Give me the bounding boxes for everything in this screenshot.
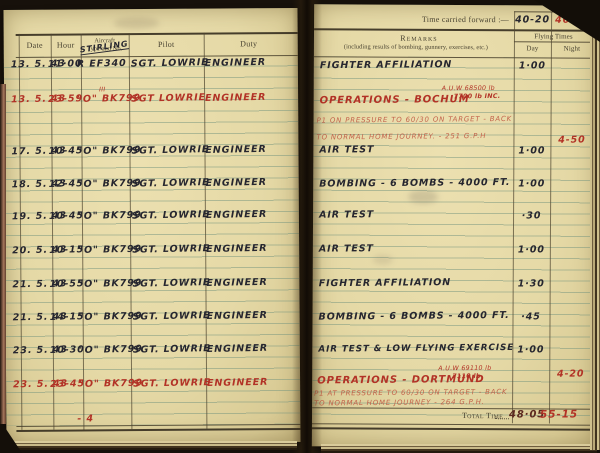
col-header-remarks-sub: (including results of bombing, gunnery, … bbox=[318, 43, 514, 51]
remark-row: BOMBING - 6 BOMBS - 4000 FT. ·45 bbox=[312, 310, 597, 325]
pilot-cell: SGT. LOWRIE bbox=[132, 209, 210, 222]
log-row: 17. 5. 43 10-45 "O" BK799 SGT. LOWRIE EN… bbox=[4, 144, 298, 160]
remark-cell: AIR TEST bbox=[319, 144, 374, 155]
remark-row: BOMBING - 6 BOMBS - 4000 FT. 1·00 bbox=[313, 177, 598, 192]
log-row: 23. 5. 43 10-30 "O" BK799 SGT. LOWRIE EN… bbox=[6, 343, 300, 359]
aircraft-cell: R EF340 bbox=[77, 58, 127, 70]
table-top-rule bbox=[16, 32, 298, 36]
bottom-rule-heavy bbox=[312, 427, 597, 430]
sortie-count-note: III bbox=[99, 86, 106, 93]
log-row: 18. 5. 43 12-45 "O" BK799 SGT. LOWRIE EN… bbox=[5, 177, 299, 193]
pilot-cell: SGT. LOWRIE bbox=[133, 343, 211, 356]
duty-cell: ENGINEER bbox=[206, 243, 267, 255]
ops-detail-2: TO NORMAL HOME JOURNEY. - 251 G.P.H bbox=[316, 132, 486, 141]
pilot-cell: SGT. LOWRIE bbox=[132, 177, 210, 190]
remark-cell: BOMBING - 6 BOMBS - 4000 FT. bbox=[318, 310, 509, 323]
col-header-flying-times: Flying Times bbox=[514, 32, 593, 40]
ops-detail-1: P1 AT PRESSURE TO 60/30 ON TARGET - BACK bbox=[314, 388, 507, 398]
col-header-pilot: Pilot bbox=[129, 40, 204, 50]
pilot-cell: SGT. LOWRIE bbox=[131, 144, 209, 157]
log-row-operations: 13. 5. 43 23-59 III "O" BK799 SGT LOWRIE… bbox=[4, 92, 298, 108]
bottom-rule-heavy bbox=[16, 428, 300, 432]
day-time-cell: ·30 bbox=[513, 210, 550, 221]
remark-cell: OPERATIONS - DORTMUND bbox=[317, 374, 484, 386]
bottom-rule bbox=[312, 423, 597, 425]
ledger-ruling bbox=[312, 56, 599, 417]
page-stack-edge bbox=[9, 441, 297, 450]
logbook-photo: Date Hour Aircraft Type and No. Pilot Du… bbox=[0, 0, 600, 453]
night-time-cell: 4-50 bbox=[551, 134, 592, 145]
total-night: 55-15 bbox=[540, 408, 578, 420]
col-header-date: Date bbox=[19, 41, 51, 50]
cover-edge bbox=[0, 84, 6, 424]
day-time-cell: 1·30 bbox=[513, 278, 550, 289]
smudge bbox=[373, 255, 393, 265]
page-stack-edge bbox=[321, 444, 597, 453]
remark-row: FIGHTER AFFILIATION 1·00 bbox=[314, 59, 599, 74]
remark-row: AIR TEST ·30 bbox=[313, 209, 598, 224]
leader-dots bbox=[495, 418, 509, 419]
book-binding-gutter bbox=[292, 0, 322, 453]
day-time-cell: 1·00 bbox=[512, 344, 549, 355]
ops-note-auw: A.U.W 68500 lb bbox=[442, 85, 495, 92]
remark-cell: AIR TEST bbox=[319, 243, 374, 254]
pilot-cell: SGT. LOWRIE bbox=[132, 277, 210, 290]
log-row: 13. 5. 43 11·00 R EF340 SGT. LOWRIE ENGI… bbox=[4, 57, 298, 73]
ops-note-auw: A.U.W 69110 lb bbox=[438, 365, 491, 372]
duty-cell: ENGINEER bbox=[206, 277, 267, 289]
day-time-cell: 1·00 bbox=[513, 178, 550, 189]
log-row: 21. 5. 43 14-15 "O" BK799 SGT. LOWRIE EN… bbox=[6, 310, 300, 326]
duty-cell: ENGINEER bbox=[206, 177, 267, 189]
duty-cell: ENGINEER bbox=[205, 57, 266, 69]
carried-forward-label: Time carried forward :— bbox=[422, 15, 509, 24]
col-header-hour: Hour bbox=[51, 40, 81, 49]
log-row: 20. 5. 43 10-15 "O" BK799 SGT. LOWRIE EN… bbox=[5, 243, 299, 259]
day-time-cell: 1·00 bbox=[513, 145, 550, 156]
remark-row: AIR TEST & LOW FLYING EXERCISE 1·00 bbox=[312, 343, 597, 358]
pilot-cell: SGT. LOWRIE bbox=[132, 243, 210, 256]
page-stack-edge bbox=[590, 28, 600, 450]
pilot-cell: SGT. LOWRIE bbox=[131, 57, 209, 70]
duty-cell: ENGINEER bbox=[207, 310, 268, 322]
remark-cell: BOMBING - 6 BOMBS - 4000 FT. bbox=[319, 177, 510, 190]
page-footer-mark: - 4 bbox=[77, 413, 94, 424]
col-header-duty: Duty bbox=[204, 39, 294, 49]
ledger-ruling bbox=[4, 55, 301, 426]
remark-cell: AIR TEST & LOW FLYING EXERCISE bbox=[318, 343, 514, 355]
remark-row: AIR TEST 1·00 bbox=[313, 144, 598, 159]
duty-cell: ENGINEER bbox=[207, 343, 268, 355]
log-row: 21. 5. 43 10-55 "O" BK799 SGT. LOWRIE EN… bbox=[5, 277, 299, 293]
day-time-cell: 1·00 bbox=[513, 244, 550, 255]
remark-row: AIR TEST 1·00 bbox=[313, 243, 598, 258]
col-header-remarks: Remarks bbox=[344, 33, 494, 43]
smudge bbox=[408, 190, 438, 204]
flying-times-rule bbox=[514, 41, 593, 42]
remark-cell: OPERATIONS - BOCHUM bbox=[320, 94, 470, 106]
remark-cell: FIGHTER AFFILIATION bbox=[319, 277, 451, 289]
remark-cell: AIR TEST bbox=[319, 209, 374, 220]
duty-cell: ENGINEER bbox=[205, 92, 266, 104]
carried-forward-day: 40-20 bbox=[514, 14, 551, 25]
right-page: Time carried forward :— 40-20 46-05 Rema… bbox=[312, 4, 599, 447]
duty-cell: ENGINEER bbox=[205, 144, 266, 156]
pilot-cell: SGT LOWRIE bbox=[131, 92, 206, 105]
pilot-cell: SGT. LOWRIE bbox=[133, 377, 211, 390]
day-time-cell: 1·00 bbox=[514, 60, 551, 71]
duty-cell: ENGINEER bbox=[207, 377, 268, 389]
day-time-cell: ·45 bbox=[512, 311, 549, 322]
duty-cell: ENGINEER bbox=[206, 209, 267, 221]
smudge bbox=[114, 17, 160, 29]
pilot-cell: SGT. LOWRIE bbox=[133, 310, 211, 323]
remark-cell: FIGHTER AFFILIATION bbox=[320, 59, 452, 71]
remark-row: FIGHTER AFFILIATION 1·30 bbox=[313, 277, 598, 292]
col-header-night: Night bbox=[551, 44, 593, 52]
col-header-day: Day bbox=[514, 44, 551, 52]
night-time-cell: 4-20 bbox=[550, 368, 591, 379]
log-row: 19. 5. 43 10-45 "O" BK799 SGT. LOWRIE EN… bbox=[5, 209, 299, 225]
ops-detail-1: P1 ON PRESSURE TO 60/30 ON TARGET - BACK bbox=[317, 115, 513, 125]
left-page: Date Hour Aircraft Type and No. Pilot Du… bbox=[3, 8, 300, 444]
log-row-operations: 23. 5. 43 23-45 "O" BK799 SGT. LOWRIE EN… bbox=[6, 377, 300, 393]
carried-box-bottom-rule bbox=[314, 28, 599, 31]
ops-detail-2: TO NORMAL HOME JOURNEY - 264 G.P.H. bbox=[314, 398, 485, 407]
